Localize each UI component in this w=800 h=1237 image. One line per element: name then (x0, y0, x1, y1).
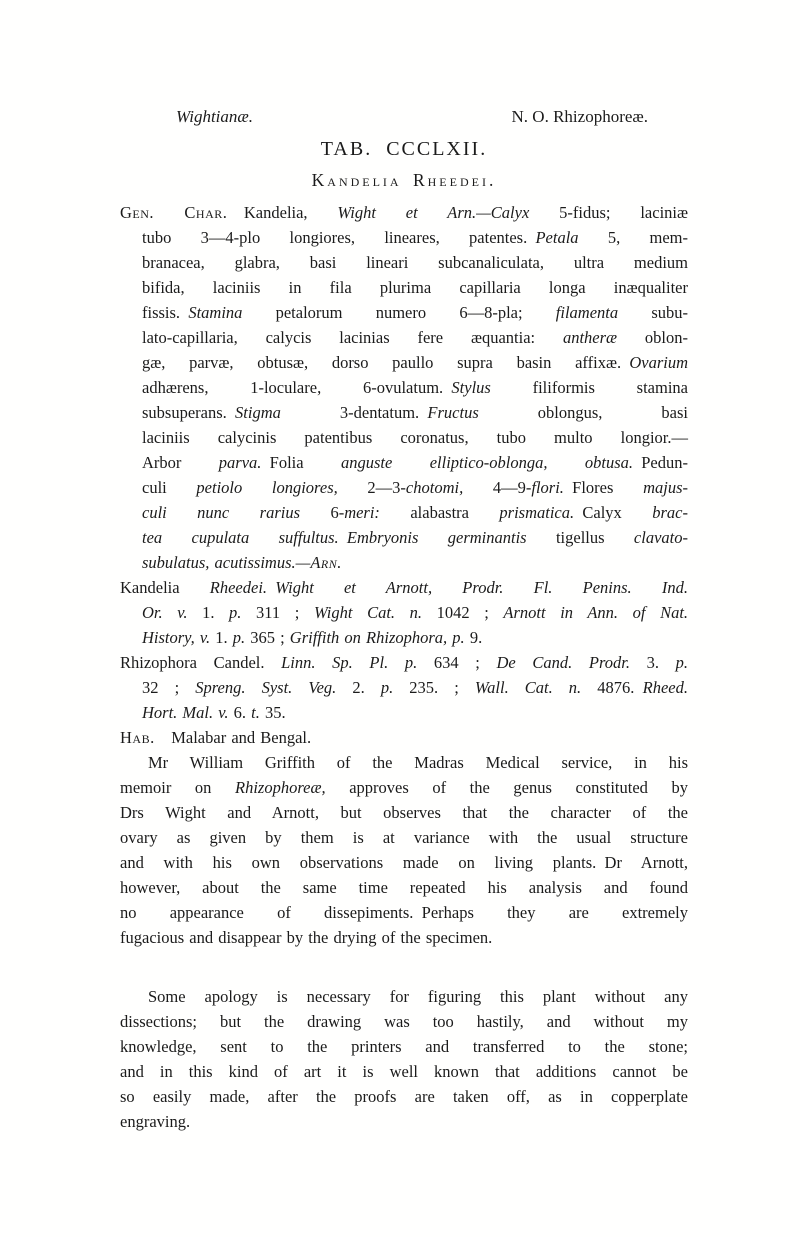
text-segment: branacea, glabra, basi lineari subcanali… (142, 253, 688, 272)
text-segment: Ovarium (629, 353, 688, 372)
text-segment: Griffith on Rhizophora, p. (290, 628, 470, 647)
text-segment: subu- (651, 303, 688, 322)
text-segment: anguste elliptico-oblonga, obtusa. (341, 453, 633, 472)
text-line: tea cupulata suffultus. Embryonis germin… (120, 525, 688, 550)
text-segment: Drs Wight and Arnott, but observes that … (120, 803, 688, 822)
text-segment: brac- (652, 503, 688, 522)
running-head: Wightianæ. N. O. Rhizophoreæ. (120, 106, 688, 128)
text-segment: 4876. (597, 678, 642, 697)
text-segment: fugacious and disappear by the drying of… (120, 928, 492, 947)
text-segment: parva. (219, 453, 262, 472)
text-segment: p. (381, 678, 409, 697)
text-segment: culi nunc rarius (142, 503, 330, 522)
text-segment: memoir on (120, 778, 235, 797)
paragraph: Gen. Char. Kandelia, Wight et Arn.—Calyx… (120, 200, 688, 575)
text-line: 32 ; Spreng. Syst. Veg. 2. p. 235. ; Wal… (120, 675, 688, 700)
text-segment: alabastra (410, 503, 499, 522)
text-segment: majus- (643, 478, 688, 497)
text-segment: Gen. Char. (120, 203, 227, 222)
species-title: Kandelia Rheedei. (120, 169, 688, 191)
text-segment: Arnott in Ann. of Nat. (503, 603, 688, 622)
text-line: culi petiolo longiores, 2—3-chotomi, 4—9… (120, 475, 688, 500)
text-segment: 365 ; (250, 628, 290, 647)
text-segment: and with his own observations made on li… (120, 853, 688, 872)
text-line: laciniis calycinis patentibus coronatus,… (120, 425, 688, 450)
text-segment: p. (676, 653, 688, 672)
text-segment: Stigma (235, 403, 340, 422)
text-line: Drs Wight and Arnott, but observes that … (120, 800, 688, 825)
text-line: History, v. 1. p. 365 ; Griffith on Rhiz… (120, 625, 688, 650)
text-line: Mr William Griffith of the Madras Medica… (120, 750, 688, 775)
text-segment: filiformis stamina (533, 378, 688, 397)
text-segment: meri: (344, 503, 410, 522)
text-segment: antheræ (563, 328, 645, 347)
running-head-left: Wightianæ. (176, 106, 253, 128)
text-line: Hab. Malabar and Bengal. (120, 725, 688, 750)
text-segment: flori. (531, 478, 564, 497)
text-segment: Rheed. (643, 678, 688, 697)
text-segment: chotomi, (406, 478, 493, 497)
text-segment: 3-dentatum. (340, 403, 428, 422)
text-line: tubo 3—4-plo longiores, lineares, patent… (120, 225, 688, 250)
text-segment: oblongus, basi (538, 403, 688, 422)
text-line: branacea, glabra, basi lineari subcanali… (120, 250, 688, 275)
text-segment: no appearance of dissepiments. Perhaps t… (120, 903, 688, 922)
text-segment: filamenta (556, 303, 652, 322)
text-segment: Embryonis germinantis (347, 528, 556, 547)
text-segment: 1. (215, 628, 233, 647)
text-segment: 5, mem- (608, 228, 688, 247)
text-segment: Linn. Sp. Pl. p. (281, 653, 434, 672)
text-line: bifida, laciniis in fila plurima capilla… (120, 275, 688, 300)
text-segment: Arbor (142, 453, 219, 472)
book-page: Wightianæ. N. O. Rhizophoreæ. TAB. CCCLX… (0, 0, 800, 1237)
text-segment: Petala (535, 228, 607, 247)
text-segment: 2—3- (367, 478, 406, 497)
text-segment: 4—9- (493, 478, 532, 497)
text-segment: Pedun- (633, 453, 688, 472)
text-segment: 2. (352, 678, 380, 697)
text-segment: bifida, laciniis in fila plurima capilla… (142, 278, 688, 297)
text-segment: Rhizophora Candel. (120, 653, 281, 672)
text-segment: tubo 3—4-plo longiores, lineares, patent… (142, 228, 535, 247)
paragraph: Kandelia Rheedei. Wight et Arnott, Prodr… (120, 575, 688, 650)
text-segment: Or. v. (142, 603, 202, 622)
text-line: ovary as given by them is at variance wi… (120, 825, 688, 850)
text-segment: Wight et Arn.—Calyx (337, 203, 559, 222)
text-segment: so easily made, after the proofs are tak… (120, 1087, 688, 1106)
text-segment: however, about the same time repeated hi… (120, 878, 688, 897)
text-line: engraving. (120, 1109, 688, 1134)
text-line: Arbor parva. Folia anguste elliptico-obl… (120, 450, 688, 475)
text-segment: dissections; but the drawing was too has… (120, 1012, 688, 1031)
text-segment: 235. ; (409, 678, 475, 697)
text-segment: Fructus (427, 403, 537, 422)
text-line: subsuperans. Stigma 3-dentatum. Fructus … (120, 400, 688, 425)
text-segment: Stylus (451, 378, 532, 397)
text-segment: Kandelia (120, 578, 210, 597)
text-line: no appearance of dissepiments. Perhaps t… (120, 900, 688, 925)
text-segment: 9. (470, 628, 482, 647)
text-segment: engraving. (120, 1112, 190, 1131)
text-segment: laciniis calycinis patentibus coronatus,… (142, 428, 688, 447)
text-segment: fissis. (142, 303, 188, 322)
text-segment: 3. (647, 653, 676, 672)
text-segment: 6. (234, 703, 252, 722)
text-line: Rhizophora Candel. Linn. Sp. Pl. p. 634 … (120, 650, 688, 675)
text-line: and in this kind of art it is well known… (120, 1059, 688, 1084)
text-line: culi nunc rarius 6-meri: alabastra prism… (120, 500, 688, 525)
text-line: Hort. Mal. v. 6. t. 35. (120, 700, 688, 725)
text-line: memoir on Rhizophoreæ, approves of the g… (120, 775, 688, 800)
text-segment: Arn. (310, 553, 342, 572)
text-segment: Malabar and Bengal. (155, 728, 311, 747)
text-segment: lato-capillaria, calycis lacinias fere æ… (142, 328, 563, 347)
text-segment: Wall. Cat. n. (475, 678, 597, 697)
text-segment: Some apology is necessary for figuring t… (148, 987, 688, 1006)
text-segment: Hort. Mal. v. (142, 703, 234, 722)
text-segment: Rheedei. Wight et Arnott, Prodr. Fl. Pen… (210, 578, 688, 597)
text-segment: oblon- (645, 328, 688, 347)
text-segment: Stamina (188, 303, 275, 322)
text-segment: clavato- (634, 528, 688, 547)
text-line: gæ, parvæ, obtusæ, dorso paullo supra ba… (120, 350, 688, 375)
text-segment: 311 ; (256, 603, 314, 622)
text-segment: t. (251, 703, 265, 722)
text-segment: tigellus (556, 528, 634, 547)
text-segment: culi (142, 478, 196, 497)
text-line: fugacious and disappear by the drying of… (120, 925, 688, 950)
text-segment: adhærens, 1-loculare, 6-ovulatum. (142, 378, 451, 397)
text-line: however, about the same time repeated hi… (120, 875, 688, 900)
text-line: fissis. Stamina petalorum numero 6—8-pla… (120, 300, 688, 325)
text-segment: ovary as given by them is at variance wi… (120, 828, 688, 847)
paragraph: Hab. Malabar and Bengal. (120, 725, 688, 750)
text-segment: 6- (330, 503, 344, 522)
text-line: Gen. Char. Kandelia, Wight et Arn.—Calyx… (120, 200, 688, 225)
text-segment: Rhizophoreæ, (235, 778, 326, 797)
plate-title: TAB. CCCLXII. (120, 137, 688, 161)
text-segment: Mr William Griffith of the Madras Medica… (148, 753, 688, 772)
text-segment: subsuperans. (142, 403, 235, 422)
text-segment (339, 528, 347, 547)
text-segment: p. (233, 628, 251, 647)
text-segment: knowledge, sent to the printers and tran… (120, 1037, 688, 1056)
running-head-right: N. O. Rhizophoreæ. (512, 106, 648, 128)
paragraph: Some apology is necessary for figuring t… (120, 984, 688, 1134)
paragraph: Rhizophora Candel. Linn. Sp. Pl. p. 634 … (120, 650, 688, 725)
text-segment: Spreng. Syst. Veg. (195, 678, 352, 697)
text-segment: gæ, parvæ, obtusæ, dorso paullo supra ba… (142, 353, 629, 372)
text-segment: tea cupulata suffultus. (142, 528, 339, 547)
text-segment: Wight Cat. n. (314, 603, 437, 622)
text-segment: Hab. (120, 728, 155, 747)
text-line: and with his own observations made on li… (120, 850, 688, 875)
text-segment: 32 ; (142, 678, 195, 697)
text-segment: subulatus, acutissimus.— (142, 553, 310, 572)
text-segment: 5-fidus; laciniæ (559, 203, 688, 222)
text-segment: Folia (261, 453, 341, 472)
text-line: Or. v. 1. p. 311 ; Wight Cat. n. 1042 ; … (120, 600, 688, 625)
body-text: Gen. Char. Kandelia, Wight et Arn.—Calyx… (120, 200, 688, 1134)
text-segment: History, v. (142, 628, 215, 647)
text-line: subulatus, acutissimus.—Arn. (120, 550, 688, 575)
text-line: so easily made, after the proofs are tak… (120, 1084, 688, 1109)
text-line: knowledge, sent to the printers and tran… (120, 1034, 688, 1059)
text-segment: and in this kind of art it is well known… (120, 1062, 688, 1081)
text-segment: 35. (265, 703, 286, 722)
text-segment: petiolo longiores, (196, 478, 367, 497)
text-segment: 634 ; (434, 653, 497, 672)
text-segment: 1042 ; (437, 603, 504, 622)
text-segment: Kandelia, (227, 203, 337, 222)
paragraph: Mr William Griffith of the Madras Medica… (120, 750, 688, 950)
text-segment: 1. (202, 603, 229, 622)
text-segment: p. (229, 603, 256, 622)
text-segment: prismatica. (499, 503, 574, 522)
text-segment: Calyx (574, 503, 652, 522)
text-line: adhærens, 1-loculare, 6-ovulatum. Stylus… (120, 375, 688, 400)
text-segment: approves of the genus constituted by (326, 778, 688, 797)
text-line: dissections; but the drawing was too has… (120, 1009, 688, 1034)
text-line: Kandelia Rheedei. Wight et Arnott, Prodr… (120, 575, 688, 600)
text-segment: Flores (564, 478, 643, 497)
text-line: lato-capillaria, calycis lacinias fere æ… (120, 325, 688, 350)
text-segment: petalorum numero 6—8-pla; (276, 303, 556, 322)
text-segment: De Cand. Prodr. (496, 653, 646, 672)
text-line: Some apology is necessary for figuring t… (120, 984, 688, 1009)
